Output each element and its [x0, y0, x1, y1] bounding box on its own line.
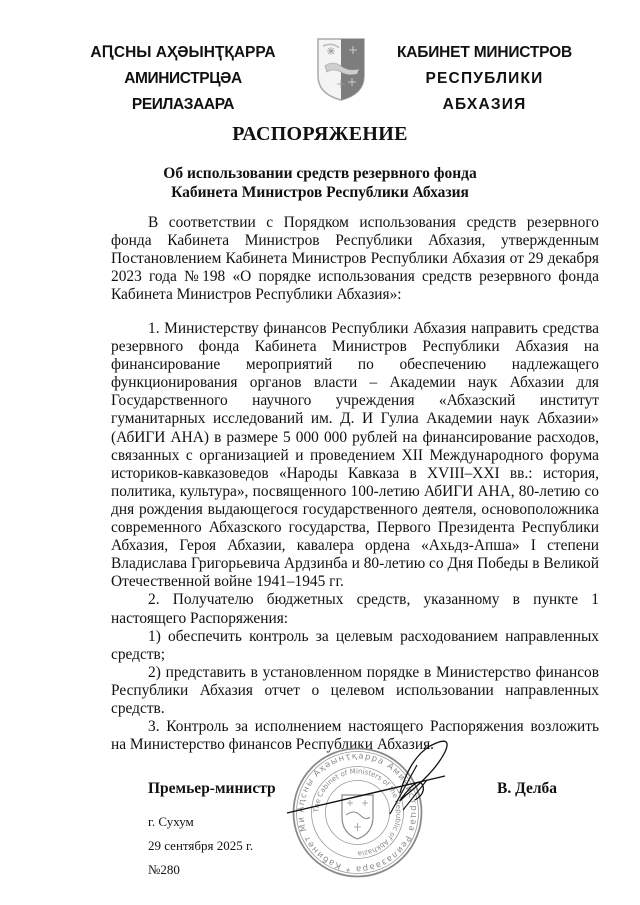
issue-city: г. Сухум — [148, 814, 194, 830]
preamble-text: В соответствии с Порядком использования … — [111, 214, 599, 304]
document-page: АԤСНЫ АҲӘЫНҬҚАРРА АМИНИСТРЦӘА РЕИЛАЗААРА… — [0, 0, 640, 905]
item-2-sub-1: 1) обеспечить контроль за целевым расход… — [111, 628, 599, 664]
document-number: №280 — [148, 862, 180, 878]
header-left-line2: АМИНИСТРЦӘА РЕИЛАЗААРА — [78, 66, 288, 118]
order-items: 1. Министерству финансов Республики Абха… — [111, 320, 599, 754]
subtitle-line2: Кабинета Министров Республики Абхазия — [0, 183, 640, 202]
header-right-line2: РЕСПУБЛИКИ АБХАЗИЯ — [382, 66, 587, 118]
preamble: В соответствии с Порядком использования … — [111, 214, 599, 304]
document-type-title: РАСПОРЯЖЕНИЕ — [0, 123, 640, 146]
header-left-abkhaz: АԤСНЫ АҲӘЫНҬҚАРРА АМИНИСТРЦӘА РЕИЛАЗААРА — [78, 40, 288, 118]
header-left-line1: АԤСНЫ АҲӘЫНҬҚАРРА — [78, 40, 288, 66]
issue-date: 29 сентября 2025 г. — [148, 838, 253, 854]
signatory-position: Премьер-министр — [148, 780, 276, 798]
item-2: 2. Получателю бюджетных средств, указанн… — [111, 591, 599, 627]
handwritten-signature — [285, 738, 455, 828]
item-1: 1. Министерству финансов Республики Абха… — [111, 320, 599, 591]
header-right-line1: КАБИНЕТ МИНИСТРОВ — [382, 40, 587, 66]
document-subtitle: Об использовании средств резервного фонд… — [0, 164, 640, 202]
signatory-name: В. Делба — [497, 780, 557, 798]
header-right-russian: КАБИНЕТ МИНИСТРОВ РЕСПУБЛИКИ АБХАЗИЯ — [382, 40, 587, 118]
subtitle-line1: Об использовании средств резервного фонд… — [0, 164, 640, 183]
item-2-sub-2: 2) представить в установленном порядке в… — [111, 664, 599, 718]
coat-of-arms-icon — [315, 36, 367, 102]
